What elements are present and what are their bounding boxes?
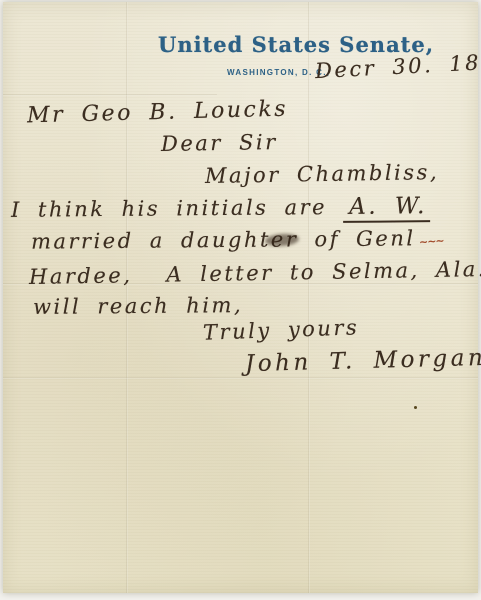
paper-speck: [414, 406, 417, 409]
body-line-hardee-name: Hardee,: [29, 263, 133, 289]
salutation-line: Dear Sir: [161, 130, 278, 156]
recipient-line: Mr Geo B. Loucks: [27, 97, 289, 129]
fold-crease-horizontal-bottom: [3, 377, 478, 379]
body-line-reach: will reach him,: [33, 293, 243, 319]
body-line-married: married a daughter of Genl: [31, 226, 416, 253]
fold-crease-horizontal-top: [3, 94, 217, 96]
body-line-hardee: Hardee,A letter to Selma, Ala.: [29, 257, 481, 289]
letterhead-title: United States Senate,: [158, 32, 434, 57]
body-line-initials: I think his initials are A. W.: [11, 193, 430, 223]
letter-scan: United States Senate, WASHINGTON, D. C.,…: [0, 0, 481, 600]
closing-line: Truly yours: [203, 315, 360, 344]
fold-crease-vertical-right: [308, 2, 310, 593]
letter-paper: United States Senate, WASHINGTON, D. C.,…: [3, 2, 478, 593]
red-ink-mark: ~~~: [419, 234, 445, 249]
word-gap: [133, 282, 167, 283]
signature-john-t-morgan: John T. Morgan: [245, 345, 481, 377]
body-line-initials-value: A. W.: [343, 193, 430, 223]
body-line-initials-prefix: I think his initials are: [11, 195, 327, 222]
body-line-hardee-rest: A letter to Selma, Ala.: [166, 257, 481, 287]
body-line-major-chambliss: Major Chambliss,: [205, 160, 439, 188]
